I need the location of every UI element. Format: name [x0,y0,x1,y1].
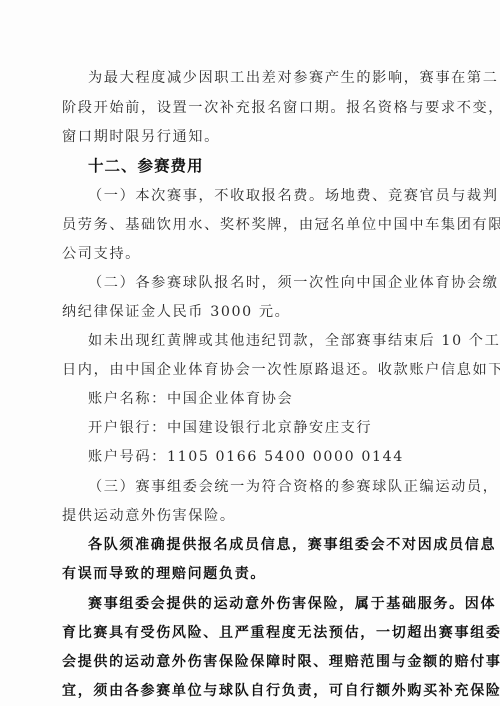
paragraph-line: 纳纪律保证金人民币 3000 元。 [62,302,442,322]
bank-name: 开户银行：中国建设银行北京静安庄支行 [88,418,468,438]
paragraph-line: 如未出现红黄牌或其他违纪罚款，全部赛事结束后 10 个工作 [88,331,468,351]
bold-paragraph-line: 有误而导致的理赔问题负责。 [62,564,442,584]
bold-paragraph-line: 育比赛具有受伤风险、且严重程度无法预估，一切超出赛事组委 [62,623,442,643]
paragraph-line: 提供运动意外伤害保险。 [62,506,442,526]
paragraph-line: 窗口期时限另行通知。 [62,127,442,147]
paragraph-line: 为最大程度减少因职工出差对参赛产生的影响，赛事在第二 [88,68,468,88]
bold-paragraph-line: 赛事组委会提供的运动意外伤害保险，属于基础服务。因体 [88,594,468,614]
bold-paragraph-line: 会提供的运动意外伤害保险保障时限、理赔范围与金额的赔付事 [62,652,442,672]
account-name: 账户名称：中国企业体育协会 [88,389,468,409]
paragraph-line: （一）本次赛事，不收取报名费。场地费、竞赛官员与裁判 [88,186,468,206]
paragraph-line: （二）各参赛球队报名时，须一次性向中国企业体育协会缴 [88,273,468,293]
paragraph-line: （三）赛事组委会统一为符合资格的参赛球队正编运动员， [88,477,468,497]
paragraph-line: 日内，由中国企业体育协会一次性原路退还。收款账户信息如下： [62,360,442,380]
paragraph-line: 阶段开始前，设置一次补充报名窗口期。报名资格与要求不变， [62,98,442,118]
account-number: 账户号码：1105 0166 5400 0000 0144 [88,447,468,467]
section-heading: 十二、参赛费用 [88,156,468,176]
paragraph-line: 公司支持。 [62,244,442,264]
document-page: 为最大程度减少因职工出差对参赛产生的影响，赛事在第二 阶段开始前，设置一次补充报… [0,0,500,706]
paragraph-line: 员劳务、基础饮用水、奖杯奖牌，由冠名单位中国中车集团有限 [62,215,442,235]
bold-paragraph-line: 各队须准确提供报名成员信息，赛事组委会不对因成员信息 [88,535,468,555]
bold-paragraph-line: 宜，须由各参赛单位与球队自行负责，可自行额外购买补充保险。 [62,681,442,701]
